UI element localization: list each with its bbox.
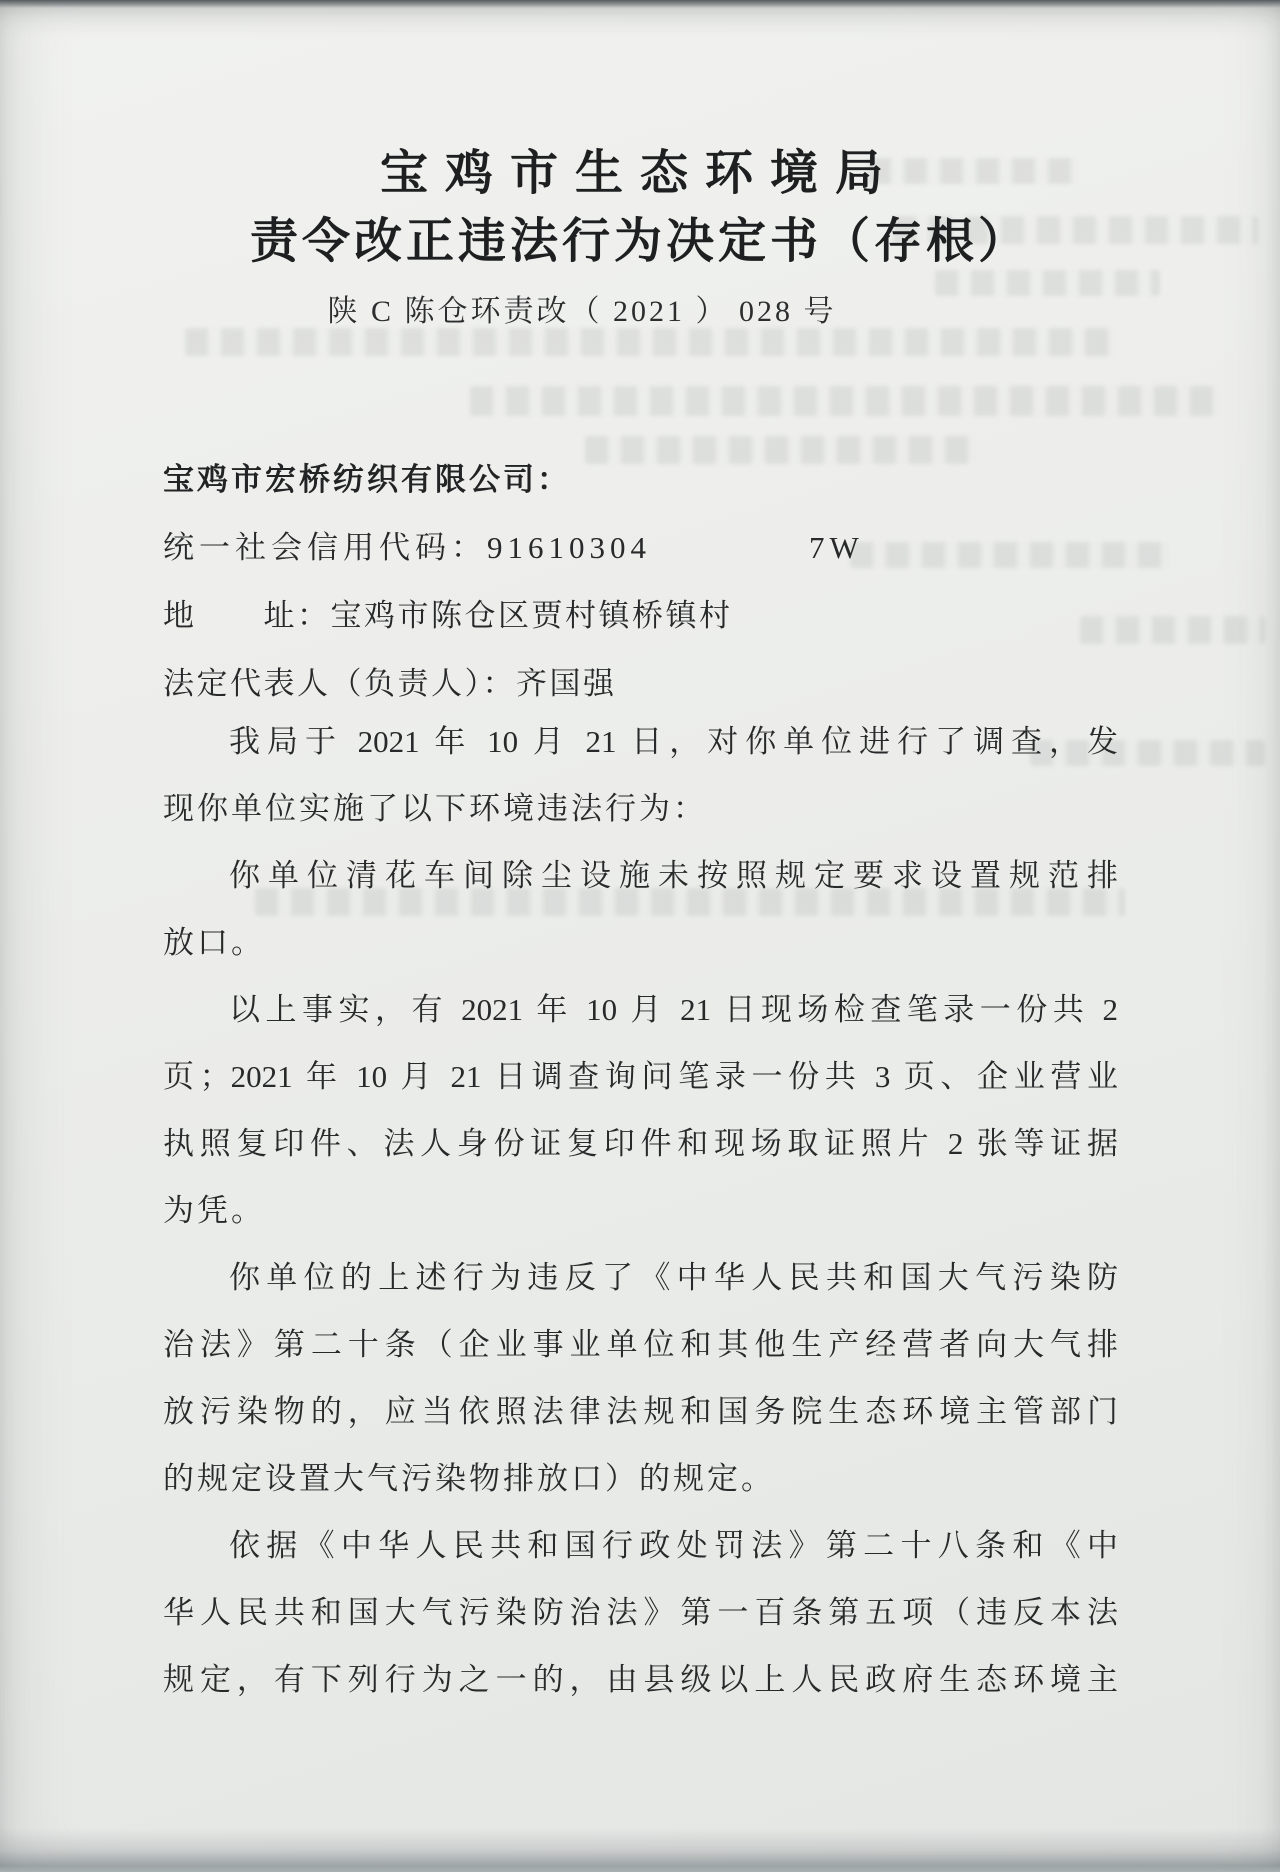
- body-line: 放污染物的，应当依照法律法规和国务院生态环境主管部门: [163, 1378, 1118, 1445]
- body-line: 依据《中华人民共和国行政处罚法》第二十八条和《中: [163, 1512, 1118, 1579]
- recipient-address: 地 址：宝鸡市陈仓区贾村镇桥镇村: [163, 582, 1118, 650]
- credit-code-label: 统一社会信用代码：: [163, 530, 487, 565]
- body-line: 放口。: [163, 909, 1118, 976]
- body-line: 治法》第二十条（企业事业单位和其他生产经营者向大气排: [163, 1311, 1118, 1378]
- body-line: 现你单位实施了以下环境违法行为：: [163, 775, 1118, 842]
- credit-code-line: 统一社会信用代码：916103047W: [163, 514, 1118, 582]
- document-body: 我局于 2021 年 10 月 21 日，对你单位进行了调查，发 现你单位实施了…: [163, 708, 1118, 1713]
- bleedthrough-artifact: [185, 328, 1115, 356]
- document-page: 宝鸡市生态环境局 责令改正违法行为决定书（存根） 陕 C 陈仓环责改（ 2021…: [0, 0, 1280, 1872]
- credit-code-value: 91610304: [487, 530, 651, 565]
- credit-code-suffix: 7W: [809, 530, 864, 565]
- recipient-company: 宝鸡市宏桥纺织有限公司：: [163, 446, 1118, 514]
- photo-bottom-shadow: [0, 1828, 1280, 1872]
- body-line: 页；2021 年 10 月 21 日调查询问笔录一份共 3 页、企业营业: [163, 1043, 1118, 1110]
- document-title-line2: 责令改正违法行为决定书（存根）: [0, 202, 1280, 271]
- body-line: 我局于 2021 年 10 月 21 日，对你单位进行了调查，发: [163, 708, 1118, 775]
- document-photo: 宝鸡市生态环境局 责令改正违法行为决定书（存根） 陕 C 陈仓环责改（ 2021…: [0, 0, 1280, 1872]
- photo-top-edge: [0, 0, 1280, 8]
- recipient-block: 宝鸡市宏桥纺织有限公司： 统一社会信用代码：916103047W 地 址：宝鸡市…: [163, 446, 1118, 718]
- body-line: 执照复印件、法人身份证复印件和现场取证照片 2 张等证据: [163, 1110, 1118, 1177]
- document-number: 陕 C 陈仓环责改（ 2021 ） 028 号: [0, 286, 1164, 330]
- body-line: 你单位的上述行为违反了《中华人民共和国大气污染防: [163, 1244, 1118, 1311]
- body-line: 华人民共和国大气污染防治法》第一百条第五项（违反本法: [163, 1579, 1118, 1646]
- body-line: 你单位清花车间除尘设施未按照规定要求设置规范排: [163, 842, 1118, 909]
- body-line: 规定，有下列行为之一的，由县级以上人民政府生态环境主: [163, 1646, 1118, 1713]
- document-title-line1: 宝鸡市生态环境局: [0, 134, 1280, 203]
- body-line: 的规定设置大气污染物排放口）的规定。: [163, 1445, 1118, 1512]
- bleedthrough-artifact: [470, 386, 1220, 416]
- body-line: 以上事实，有 2021 年 10 月 21 日现场检查笔录一份共 2: [163, 976, 1118, 1043]
- body-line: 为凭。: [163, 1177, 1118, 1244]
